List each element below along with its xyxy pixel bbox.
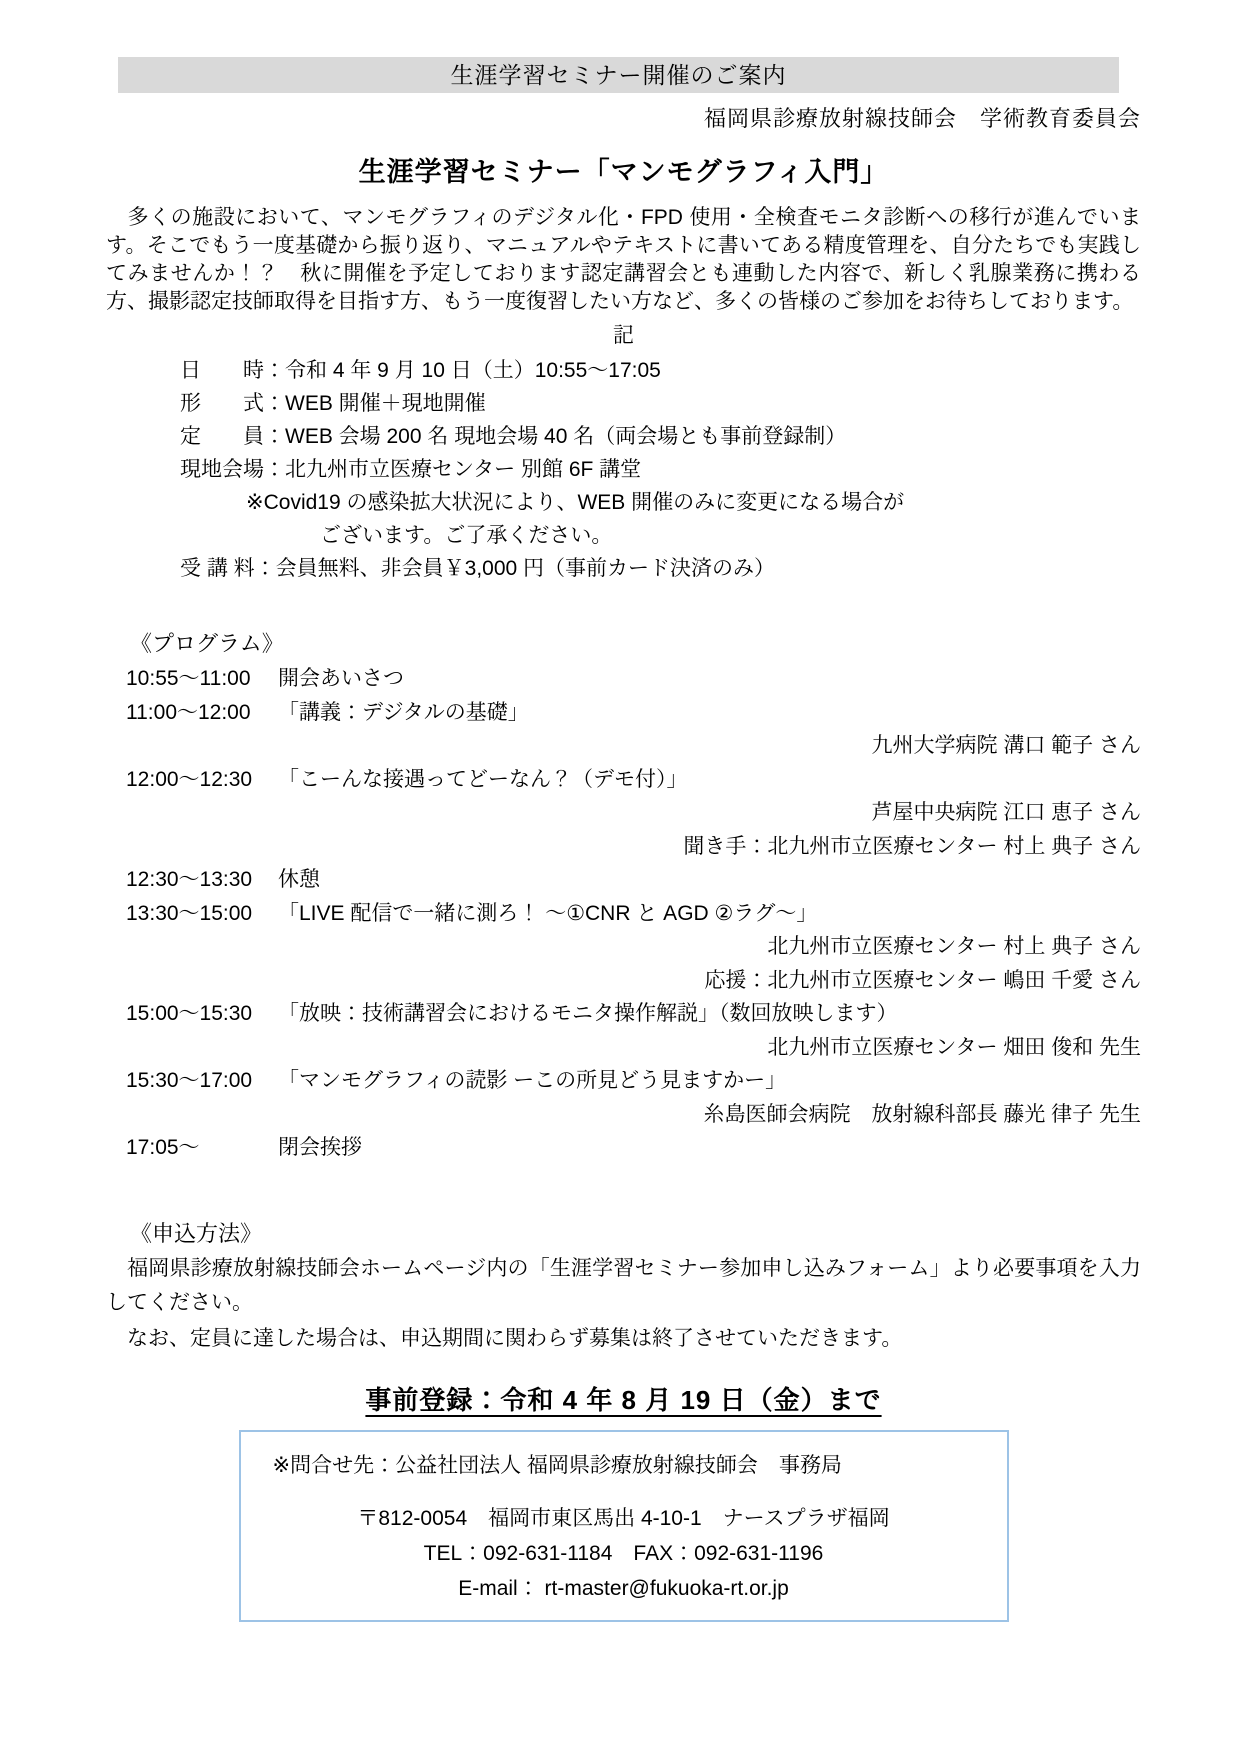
- application-section: 《申込方法》 福岡県診療放射線技師会ホームページ内の「生涯学習セミナー参加申し込…: [106, 1217, 1141, 1356]
- detail-value: 北九州市立医療センター 別館 6F 講堂: [285, 458, 641, 481]
- program-row: 11:00～12:00 「講義：デジタルの基礎」: [106, 696, 1141, 730]
- application-paragraph: なお、定員に達した場合は、申込期間に関わらず募集は終了させていただきます。: [106, 1322, 1141, 1356]
- speaker-line: 聞き手：北九州市立医療センター 村上 典子 さん: [106, 830, 1141, 864]
- speaker-line: 芦屋中央病院 江口 恵子 さん: [106, 796, 1141, 830]
- program-heading: 《プログラム》: [130, 627, 1141, 660]
- detail-value: WEB 会場 200 名 現地会場 40 名（両会場とも事前登録制）: [285, 425, 846, 448]
- detail-value: 令和 4 年 9 月 10 日（土）10:55～17:05: [285, 359, 661, 382]
- detail-label: 日 時：: [180, 359, 285, 382]
- notice-marker: 記: [106, 321, 1141, 351]
- program-time: 10:55～11:00: [126, 662, 278, 696]
- speaker-line: 北九州市立医療センター 畑田 俊和 先生: [106, 1031, 1141, 1065]
- program-time: 15:30～17:00: [126, 1064, 278, 1098]
- venue-note: ※Covid19 の感染拡大状況により、WEB 開催のみに変更になる場合が: [246, 486, 1141, 519]
- intro-paragraph: 多くの施設において、マンモグラフィのデジタル化・FPD 使用・全検査モニタ診断へ…: [106, 204, 1141, 316]
- detail-row-date: 日 時：令和 4 年 9 月 10 日（土）10:55～17:05: [180, 354, 1141, 387]
- program-time: 11:00～12:00: [126, 696, 278, 730]
- detail-row-venue: 現地会場：北九州市立医療センター 別館 6F 講堂: [180, 453, 1141, 486]
- detail-row-format: 形 式：WEB 開催＋現地開催: [180, 387, 1141, 420]
- program-row: 12:30～13:30 休憩: [106, 863, 1141, 897]
- details-list: 日 時：令和 4 年 9 月 10 日（土）10:55～17:05 形 式：WE…: [106, 354, 1141, 585]
- detail-value: WEB 開催＋現地開催: [285, 392, 486, 415]
- application-heading: 《申込方法》: [130, 1217, 1141, 1250]
- program-title: 休憩: [278, 863, 1141, 897]
- program-row: 12:00～12:30 「こーんな接遇ってどーなん？（デモ付）」: [106, 763, 1141, 797]
- detail-row-fee: 受 講 料：会員無料、非会員￥3,000 円（事前カード決済のみ）: [180, 552, 1141, 585]
- detail-label: 現地会場：: [180, 458, 285, 481]
- document-page: 生涯学習セミナー開催のご案内 福岡県診療放射線技師会 学術教育委員会 生涯学習セ…: [0, 0, 1241, 1755]
- speaker-line: 北九州市立医療センター 村上 典子 さん: [106, 930, 1141, 964]
- program-row: 10:55～11:00 開会あいさつ: [106, 662, 1141, 696]
- organization-line: 福岡県診療放射線技師会 学術教育委員会: [106, 102, 1141, 133]
- program-title: 「こーんな接遇ってどーなん？（デモ付）」: [278, 763, 1141, 797]
- detail-row-capacity: 定 員：WEB 会場 200 名 現地会場 40 名（両会場とも事前登録制）: [180, 420, 1141, 453]
- program-row: 17:05～ 閉会挨拶: [106, 1131, 1141, 1165]
- contact-line-phone: TEL：092-631-1184 FAX：092-631-1196: [241, 1537, 1007, 1570]
- detail-label: 受 講 料：: [180, 557, 276, 580]
- page-title: 生涯学習セミナー「マンモグラフィ入門」: [106, 150, 1141, 189]
- program-title: 「講義：デジタルの基礎」: [278, 696, 1141, 730]
- program-time: 15:00～15:30: [126, 997, 278, 1031]
- venue-note: ございます。ご了承ください。: [320, 519, 1141, 552]
- program-time: 12:30～13:30: [126, 863, 278, 897]
- program-row: 15:30～17:00 「マンモグラフィの読影 ーこの所見どう見ますかー」: [106, 1064, 1141, 1098]
- detail-label: 定 員：: [180, 425, 285, 448]
- document-content: 生涯学習セミナー開催のご案内 福岡県診療放射線技師会 学術教育委員会 生涯学習セ…: [0, 0, 1241, 1622]
- program-time: 17:05～: [126, 1131, 278, 1165]
- program-row: 13:30～15:00 「LIVE 配信で一緒に測ろ！ ～①CNR と AGD …: [106, 897, 1141, 931]
- program-title: 「放映：技術講習会におけるモニタ操作解説」（数回放映します）: [278, 997, 1141, 1031]
- detail-value: 会員無料、非会員￥3,000 円（事前カード決済のみ）: [276, 557, 775, 580]
- program-title: 「マンモグラフィの読影 ーこの所見どう見ますかー」: [278, 1064, 1141, 1098]
- deadline-heading: 事前登録：令和 4 年 8 月 19 日（金）まで: [106, 1380, 1141, 1417]
- contact-line-inquiry: ※問合せ先：公益社団法人 福岡県診療放射線技師会 事務局: [241, 1449, 1007, 1482]
- program-row: 15:00～15:30 「放映：技術講習会におけるモニタ操作解説」（数回放映しま…: [106, 997, 1141, 1031]
- speaker-line: 九州大学病院 溝口 範子 さん: [106, 729, 1141, 763]
- application-paragraph: 福岡県診療放射線技師会ホームページ内の「生涯学習セミナー参加申し込みフォーム」よ…: [106, 1252, 1141, 1320]
- program-title: 「LIVE 配信で一緒に測ろ！ ～①CNR と AGD ②ラグ～」: [278, 897, 1141, 931]
- contact-line-email: E-mail： rt-master@fukuoka-rt.or.jp: [241, 1572, 1007, 1605]
- program-list: 10:55～11:00 開会あいさつ 11:00～12:00 「講義：デジタルの…: [106, 662, 1141, 1165]
- detail-label: 形 式：: [180, 392, 285, 415]
- contact-line-address: 〒812-0054 福岡市東区馬出 4-10-1 ナースプラザ福岡: [241, 1502, 1007, 1535]
- program-title: 閉会挨拶: [278, 1131, 1141, 1165]
- contact-box: ※問合せ先：公益社団法人 福岡県診療放射線技師会 事務局 〒812-0054 福…: [239, 1430, 1009, 1622]
- program-time: 12:00～12:30: [126, 763, 278, 797]
- speaker-line: 糸島医師会病院 放射線科部長 藤光 律子 先生: [106, 1098, 1141, 1132]
- speaker-line: 応援：北九州市立医療センター 嶋田 千愛 さん: [106, 964, 1141, 998]
- program-time: 13:30～15:00: [126, 897, 278, 931]
- banner-title: 生涯学習セミナー開催のご案内: [118, 57, 1119, 93]
- program-section: 《プログラム》 10:55～11:00 開会あいさつ 11:00～12:00 「…: [106, 627, 1141, 1165]
- program-title: 開会あいさつ: [278, 662, 1141, 696]
